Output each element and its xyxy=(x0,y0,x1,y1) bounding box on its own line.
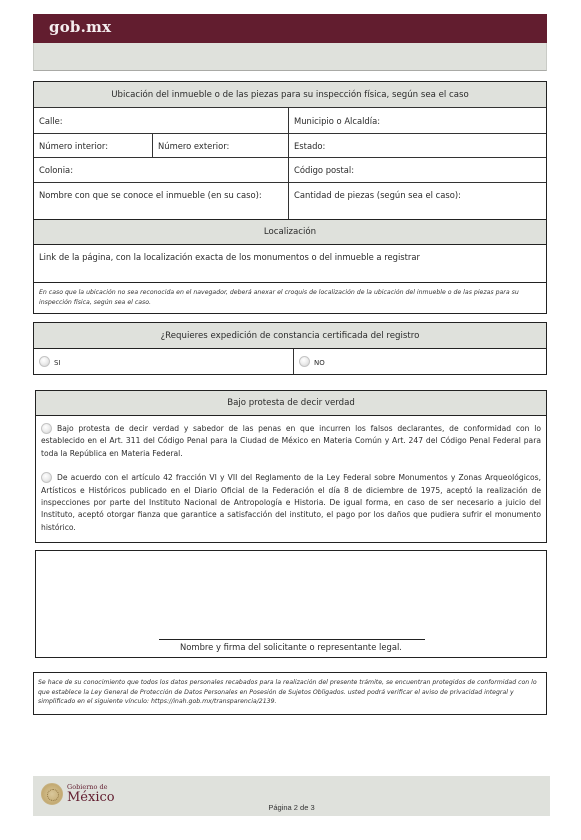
numero-interior-field[interactable]: Número interior: xyxy=(34,134,152,157)
protesta-section: Bajo protesta de decir verdad Bajo prote… xyxy=(35,390,547,543)
protesta-paragraph-1: Bajo protesta de decir verdad y sabedor … xyxy=(36,423,546,460)
ubicacion-title: Ubicación del inmueble o de las piezas p… xyxy=(34,82,546,107)
nombre-inmueble-field[interactable]: Nombre con que se conoce el inmueble (en… xyxy=(34,183,288,219)
localizacion-note: En caso que la ubicación no sea reconoci… xyxy=(34,283,546,313)
protesta-paragraph-2: De acuerdo con el artículo 42 fracción V… xyxy=(36,472,546,534)
cantidad-piezas-field[interactable]: Cantidad de piezas (según sea el caso): xyxy=(288,183,546,219)
si-radio-button[interactable] xyxy=(39,356,50,367)
si-label: SI xyxy=(54,359,61,367)
link-localizacion-field[interactable]: Link de la página, con la localización e… xyxy=(34,245,546,282)
municipio-field[interactable]: Municipio o Alcaldía: xyxy=(288,108,546,133)
page-indicator: Página 2 de 3 xyxy=(33,803,550,812)
protesta-2-radio-button[interactable] xyxy=(41,472,52,483)
estado-field[interactable]: Estado: xyxy=(288,134,546,157)
privacidad-text: Se hace de su conocimiento que todos los… xyxy=(38,678,542,707)
constancia-section: ¿Requieres expedición de constancia cert… xyxy=(33,322,547,375)
option-si[interactable]: SI xyxy=(34,349,293,374)
constancia-title: ¿Requieres expedición de constancia cert… xyxy=(34,323,546,348)
localizacion-title: Localización xyxy=(34,220,546,244)
numero-exterior-field[interactable]: Número exterior: xyxy=(152,134,288,157)
national-seal-icon xyxy=(41,783,63,805)
footer-bar: Gobierno de México Página 2 de 3 xyxy=(33,776,550,816)
calle-field[interactable]: Calle: xyxy=(34,108,288,133)
ubicacion-section: Ubicación del inmueble o de las piezas p… xyxy=(33,81,547,314)
subheader-bar xyxy=(33,43,547,71)
firma-section: Nombre y firma del solicitante o represe… xyxy=(35,550,547,658)
signature-label: Nombre y firma del solicitante o represe… xyxy=(36,642,546,652)
protesta-paragraph-2-text: De acuerdo con el artículo 42 fracción V… xyxy=(41,473,541,532)
protesta-paragraph-1-text: Bajo protesta de decir verdad y sabedor … xyxy=(41,424,541,458)
protesta-1-radio-button[interactable] xyxy=(41,423,52,434)
privacidad-section: Se hace de su conocimiento que todos los… xyxy=(33,672,547,715)
option-no[interactable]: NO xyxy=(293,349,546,374)
no-label: NO xyxy=(314,359,325,367)
signature-line[interactable] xyxy=(159,639,425,640)
colonia-field[interactable]: Colonia: xyxy=(34,158,288,182)
no-radio-button[interactable] xyxy=(299,356,310,367)
gobmx-brand[interactable]: gob.mx xyxy=(49,18,111,36)
gobmx-header-bar: gob.mx xyxy=(33,14,547,43)
gobierno-mexico-logo: Gobierno de México xyxy=(41,783,115,805)
protesta-title: Bajo protesta de decir verdad xyxy=(36,391,546,415)
codigo-postal-field[interactable]: Código postal: xyxy=(288,158,546,182)
